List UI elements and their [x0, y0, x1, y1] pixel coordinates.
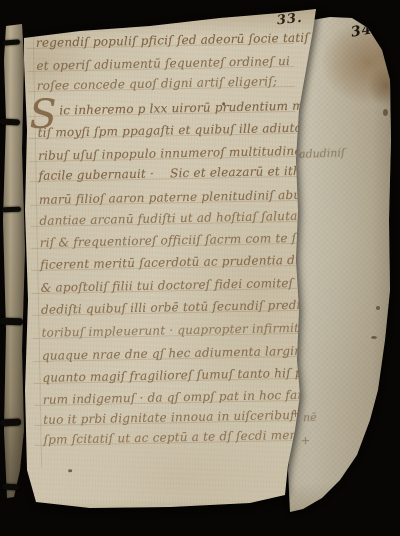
manuscript-line: toribuſ impleuerunt · quapropter infirmi… [41, 321, 315, 340]
manuscript-line: rum indigemuſ · da qſ ompſ pat in hoc fa… [43, 387, 329, 406]
manuscript-line: riſ & frequentioreſ officiiſ ſacrm com t… [40, 231, 309, 250]
manuscript-lines: regendiſ populiſ pficiſ ſed adeorū ſocie… [0, 0, 399, 1]
manuscript-line: facile gubernauit · Sic et eleazarū et i… [38, 164, 308, 183]
page-number-33: 33. [276, 11, 303, 29]
manuscript-line: quaque nrae dne qſ hec adiumenta largire… [42, 343, 339, 363]
manuscript-text-block: regendiſ populiſ pficiſ ſed adeorū ſocie… [0, 0, 400, 536]
manuscript-line: ribuſ uſuſ inpopulo innumeroſ multitudin… [38, 144, 306, 163]
manuscript-line: ic inheremo p lxx uirorū prudentium men [59, 98, 319, 117]
manuscript-line: quanto magiſ fragilioreſ ſumuſ tanto hiſ… [42, 366, 314, 385]
folio-33-page: regendiſ populiſ pficiſ ſed adeorū ſocie… [0, 0, 400, 536]
manuscript-line: dediſti quibuſ illi orbē totū ſecundiſ p… [41, 298, 315, 317]
manuscript-photo: 34 adudiniſ nē + regendiſ populiſ pficiſ… [0, 0, 400, 536]
ruling-lines [0, 0, 399, 1]
manuscript-line: ficerent meritū ſacerdotū ac prudentia d… [40, 253, 310, 272]
margin-mark: + [291, 409, 300, 420]
manuscript-line: ſpm ſcitatiſ ut ac ceptū a te dſ ſecdi m… [43, 428, 308, 447]
parchment-speck [68, 469, 72, 472]
manuscript-line: tiſ moyſi ſpm ppagaſti et quibuſ ille ad… [38, 121, 303, 140]
manuscript-line: roſee concede quoſ digni artiſ eligeriſ; [37, 74, 278, 93]
manuscript-line: & apoſtoliſ filii tui doctoreſ fidei com… [41, 276, 318, 295]
manuscript-line: regendiſ populiſ pficiſ ſed adeorū ſocie… [36, 31, 309, 50]
manuscript-line: marū filioſ aaron paterne plenitudiniſ a… [39, 188, 309, 207]
drop-cap-initial: S [29, 95, 57, 136]
parchment-speck [222, 102, 225, 105]
manuscript-line: dantiae arcanū fudiſti ut ad hoſtiaſ ſal… [39, 209, 297, 228]
folio-33-wrap: regendiſ populiſ pficiſ ſed adeorū ſocie… [0, 0, 400, 536]
manuscript-line: et operiſ adiumentū ſequenteſ ordineſ ui [36, 54, 290, 73]
margin-mark: + [300, 427, 309, 438]
manuscript-line: tuo it prbi dignitate innoua in uiſcerib… [43, 407, 323, 426]
